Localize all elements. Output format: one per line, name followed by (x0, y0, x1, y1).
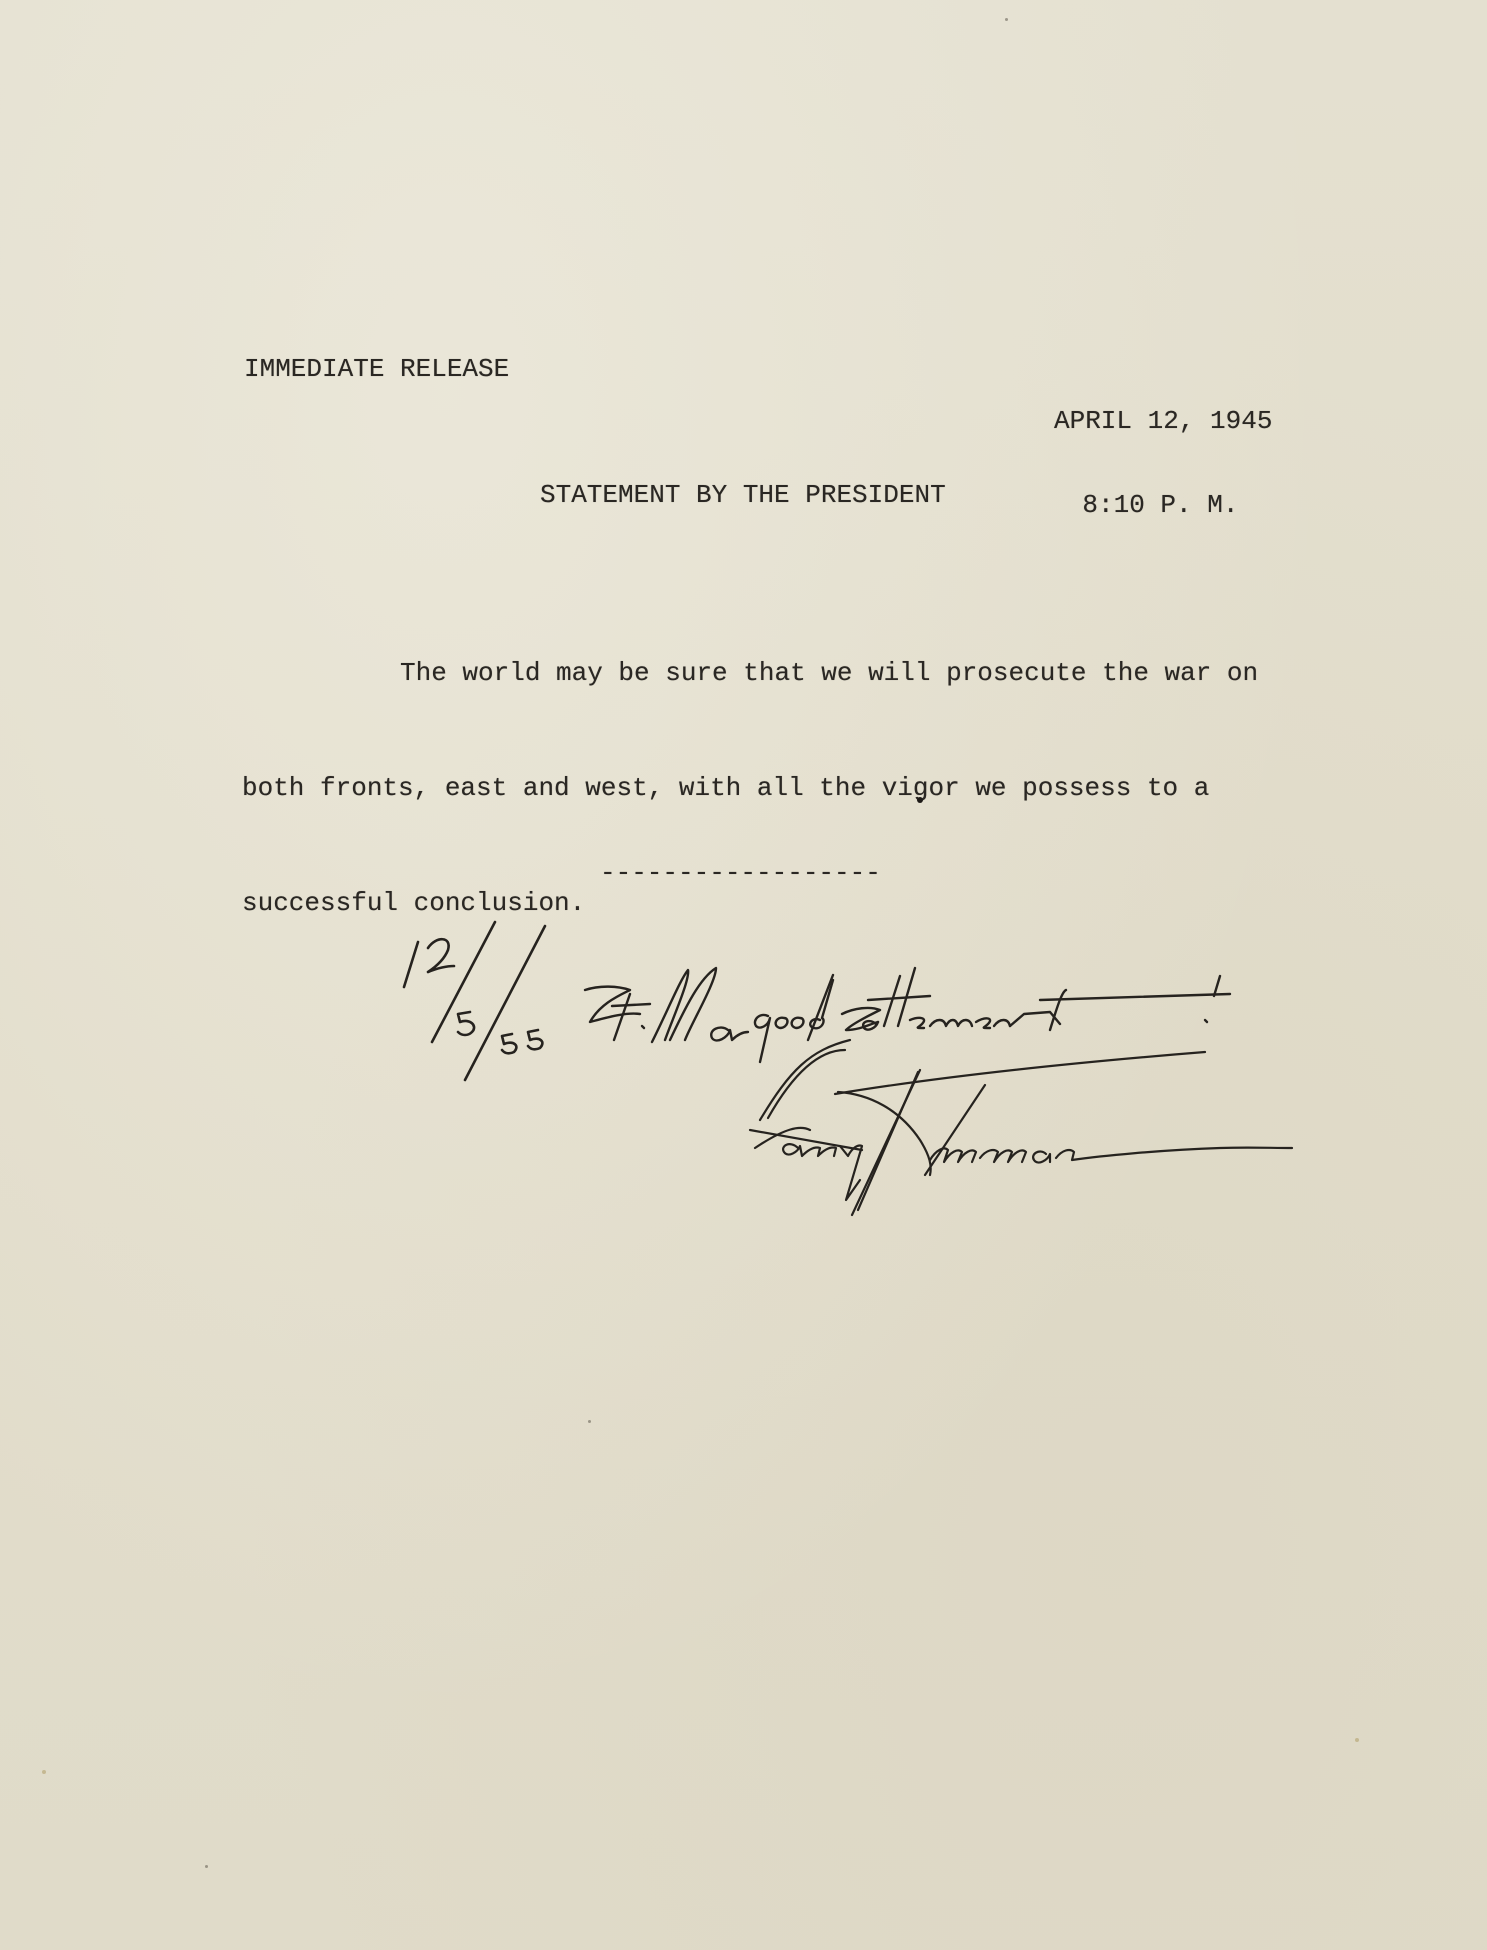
ink-dot (917, 797, 923, 803)
paper-speck (205, 1865, 208, 1868)
paper-speck (42, 1770, 46, 1774)
body-line: both fronts, east and west, with all the… (242, 775, 1258, 838)
paper-speck (588, 1420, 591, 1423)
body-line: successful conclusion. (242, 890, 1258, 953)
paper-speck (1005, 18, 1008, 21)
date-time-block: APRIL 12, 1945 8:10 P. M. (1054, 356, 1272, 544)
dashed-divider: ------------------ (600, 860, 881, 886)
statement-title: STATEMENT BY THE PRESIDENT (540, 482, 946, 508)
statement-body: The world may be sure that we will prose… (242, 608, 1258, 979)
release-date: APRIL 12, 1945 (1054, 408, 1272, 434)
release-label: IMMEDIATE RELEASE (244, 356, 509, 382)
release-time: 8:10 P. M. (1054, 492, 1272, 518)
paper-speck (1355, 1738, 1359, 1742)
body-line: The world may be sure that we will prose… (242, 660, 1258, 723)
